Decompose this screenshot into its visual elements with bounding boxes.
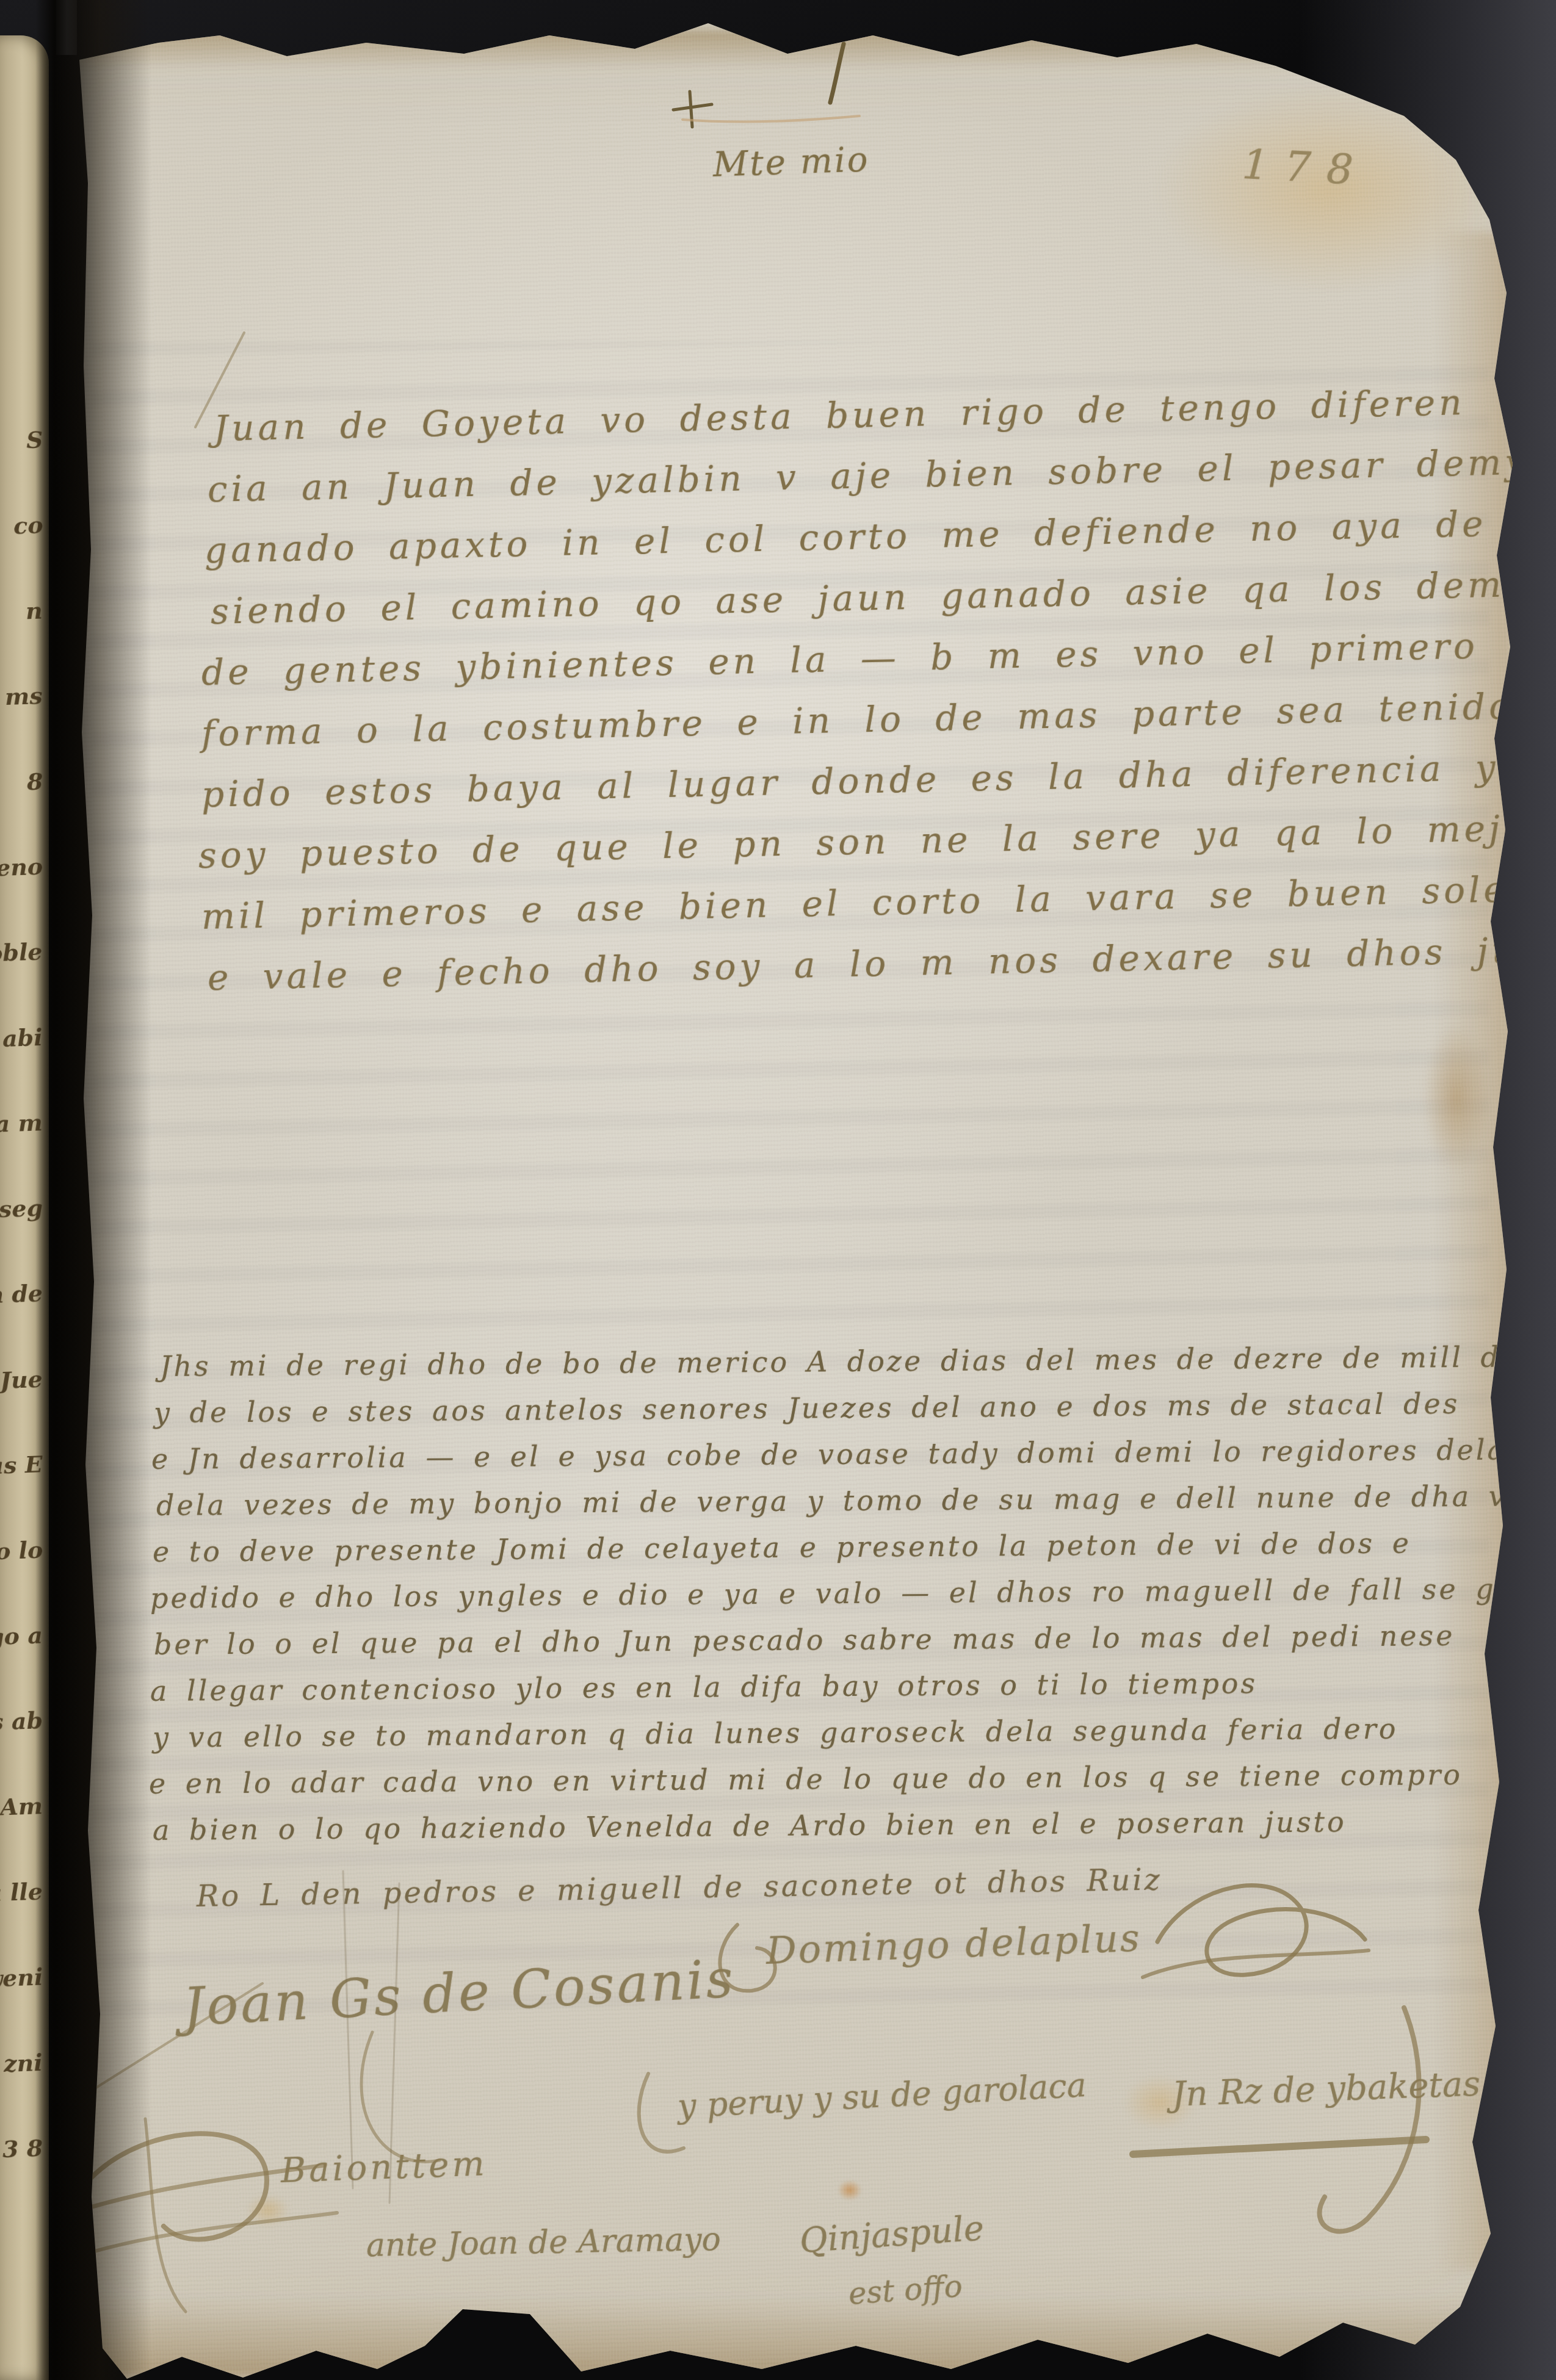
facing-page-text-fragment: 8 [26, 768, 43, 796]
signature-aramayo: ante Joan de Aramayo [366, 2221, 721, 2264]
facing-page-text-fragment: a lle [0, 1877, 43, 1906]
manuscript-photo: S co n ms 8 eno oble abi ta m a seg in d… [0, 0, 1556, 2380]
body-line: forma o la costumbre e in lo de mas part… [201, 682, 1556, 754]
facing-page-text-fragment: co [13, 511, 43, 539]
attestation-line: Ro L den pedros e miguell de saconete ot… [197, 1863, 1163, 1914]
body-line: e en lo adar cada vno en virtud mi de lo… [149, 1758, 1463, 1800]
signature-domingo: Domingo delaplus [765, 1916, 1142, 1973]
body-line: e to deve presente Jomi de celayeta e pr… [153, 1527, 1411, 1568]
body-line: cia an Juan de yzalbin v aje bien sobre … [207, 441, 1529, 510]
paraph-flourish [1320, 2008, 1419, 2231]
signature-underline [1133, 2140, 1426, 2154]
paraph-flourish [639, 2074, 684, 2152]
body-line: ganado apaxto in el col corto me defiend… [204, 500, 1556, 571]
facing-page-text-fragment: es ab [0, 1706, 43, 1736]
paper-stain [247, 2194, 289, 2226]
body-line: pedido e dho los yngles e dio e ya e val… [150, 1571, 1556, 1615]
binding-spine [56, 0, 77, 55]
signature-joan-gs: Joan Gs de Cosanis [181, 1949, 737, 2038]
paraph-flourish [1143, 1950, 1369, 1977]
facing-page-text-fragment: Jue [0, 1365, 43, 1394]
body-line: a llegar contencioso ylo es en la difa b… [150, 1667, 1257, 1707]
signature-baionttem: Baionttem [280, 2144, 488, 2191]
facing-page-text-fragment: zni [4, 2049, 43, 2077]
facing-page-text-fragment: S [26, 426, 43, 454]
signature-ybarreta: Jn Rz de ybaketas [1171, 2064, 1481, 2115]
folio-number: 178 [1241, 140, 1370, 195]
body-line: siendo el camino qo ase jaun ganado asie… [210, 563, 1552, 632]
body-line: e vale e fecho dho soy a lo m nos dexare… [207, 928, 1556, 998]
facing-page-text-fragment: o lo [0, 1536, 43, 1565]
manuscript-page: Mte mio 178 Juan de Goyeta vo desta buen… [0, 0, 1556, 2380]
facing-page-text-fragment: a seg [0, 1194, 43, 1224]
facing-page-text-fragment: eno [0, 853, 43, 882]
body-line: Juan de Goyeta vo desta buen rigo de ten… [213, 381, 1466, 449]
body-line: dela vezes de my bonjo mi de verga y tom… [156, 1479, 1556, 1522]
rubric-flourish [145, 2119, 186, 2312]
body-line: mil primeros e ase bien el corto la vara… [201, 865, 1556, 937]
facing-page-text-fragment: ms [5, 682, 43, 710]
body-line: y de los e stes aos antelos senores Juez… [154, 1387, 1460, 1429]
body-line: Jhs mi de regi dho de bo de merico A doz… [160, 1340, 1556, 1383]
facing-page-edge: S co n ms 8 eno oble abi ta m a seg in d… [0, 35, 49, 2380]
body-line: pido estos baya al lugar donde es la dha… [201, 744, 1556, 815]
facing-page-text-fragment: abi [2, 1023, 43, 1052]
facing-page-text-fragment: oble [0, 937, 43, 967]
rubric-flourish [92, 2133, 267, 2239]
facing-page-text-fragment: in de [0, 1279, 43, 1309]
facing-page-text-fragment: las E [0, 1450, 43, 1480]
body-line: soy puesto de que le pn son ne la sere y… [198, 804, 1556, 876]
facing-page-text-fragment: ta m [0, 1108, 43, 1138]
body-line: e Jn desarrolia — e el e ysa cobe de voa… [151, 1432, 1556, 1476]
facing-page-text-fragment: yeni [0, 1963, 43, 1992]
header-invocation: Mte mio [712, 140, 870, 185]
signature-jaspule: Qinjaspule [798, 2209, 985, 2261]
body-line: ber lo o el que pa el dho Jun pescado sa… [154, 1619, 1455, 1661]
signature-tail-stroke [361, 2032, 440, 2162]
paper-stain [838, 2180, 862, 2201]
facing-page-text-fragment: E Am [0, 1792, 43, 1822]
paraph-flourish [1157, 1886, 1365, 1975]
body-line: y va ello se to mandaron q dia lunes gar… [153, 1712, 1399, 1754]
facing-page-text-fragment: go a [0, 1621, 43, 1650]
scratch-line [682, 116, 859, 121]
body-line: de gentes ybinientes en la — b m es vno … [201, 622, 1556, 693]
signature-garolaca: y peruy y su de garolaca [676, 2066, 1087, 2126]
body-line: a bien o lo qo haziendo Venelda de Ardo … [153, 1805, 1347, 1847]
cross-mark [673, 92, 712, 127]
facing-page-text-fragment: n [26, 597, 43, 625]
facing-page-text-fragment: 3 8 [2, 2134, 43, 2163]
